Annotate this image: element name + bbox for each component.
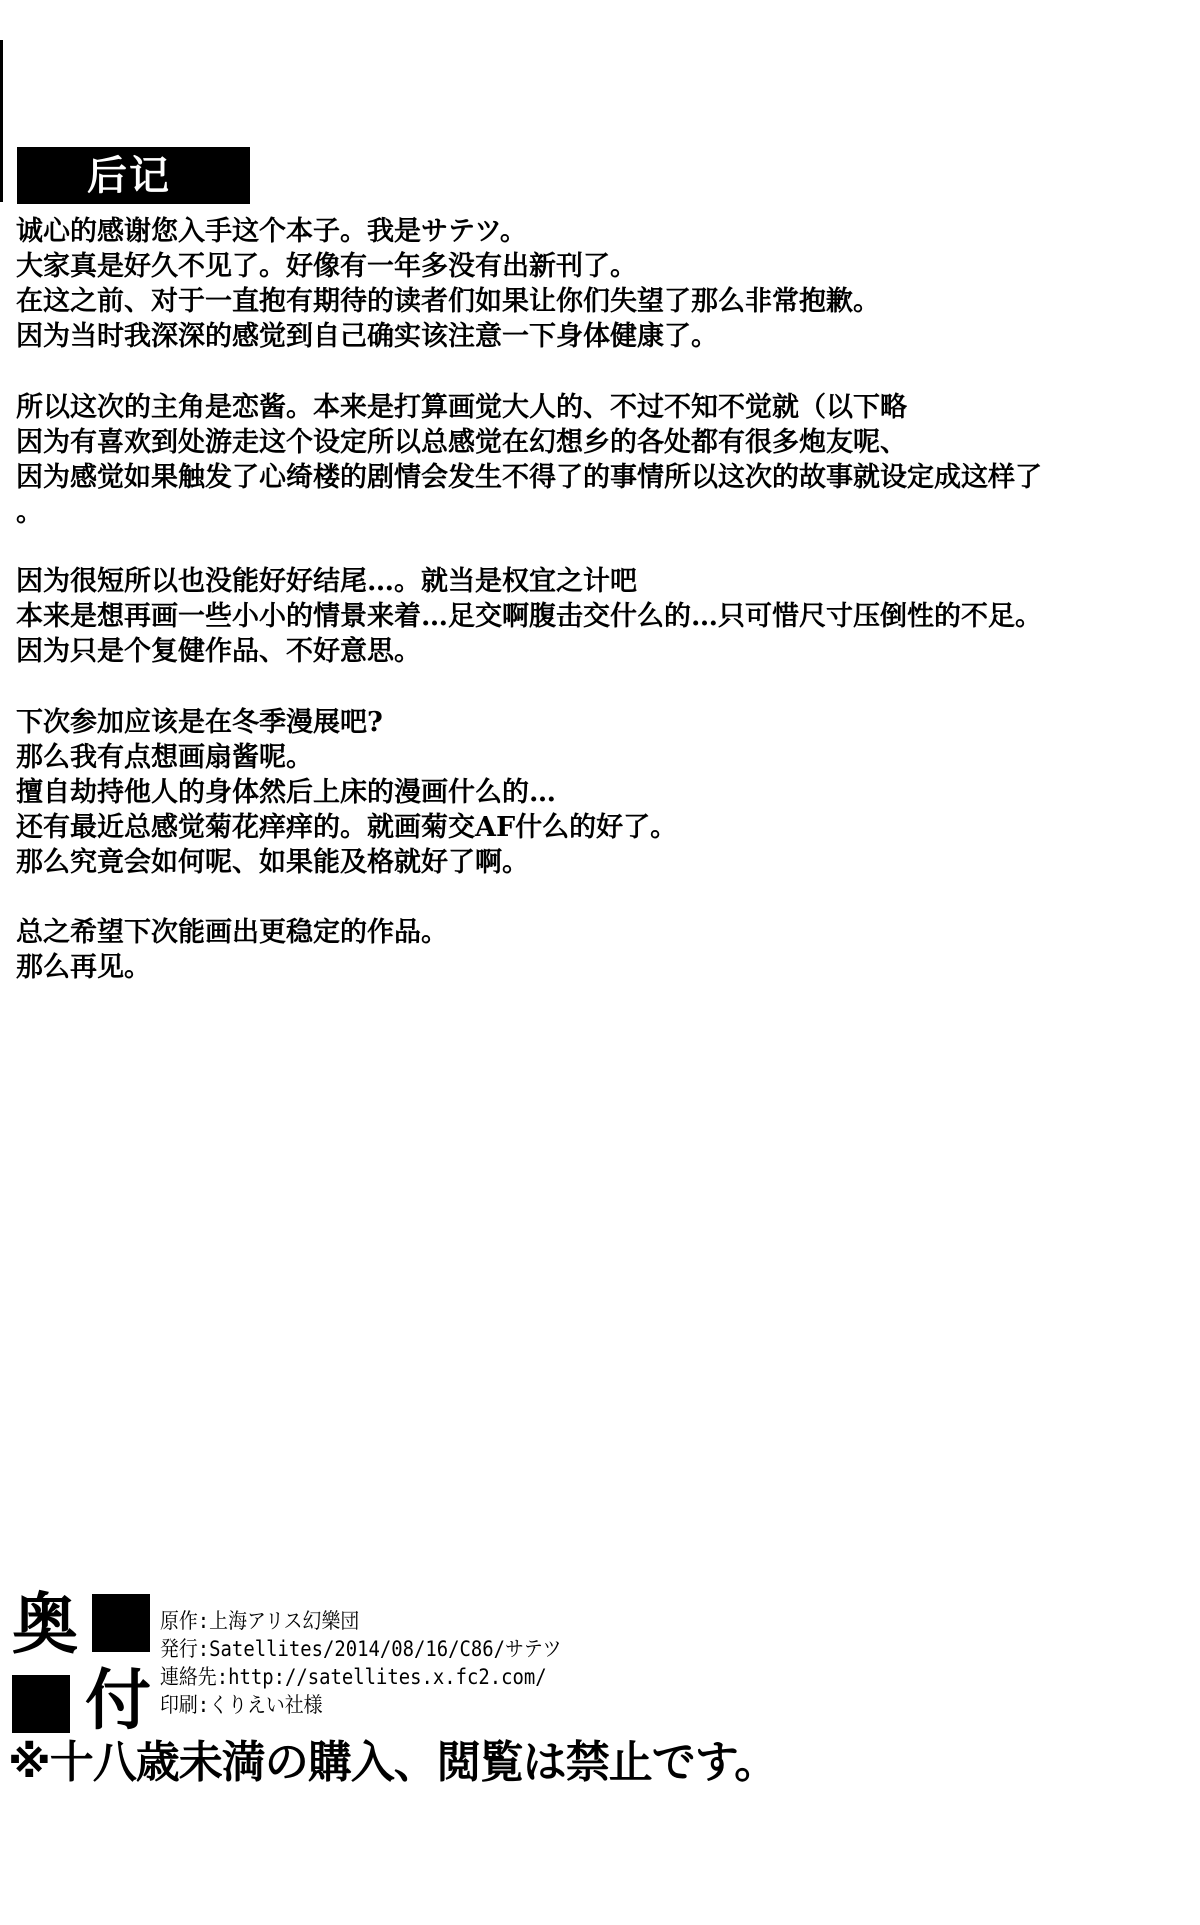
left-margin-rule — [0, 40, 3, 202]
colophon-contact: 連絡先:http://satellites.x.fc2.com/ — [160, 1663, 562, 1691]
text-line: 还有最近总感觉菊花痒痒的。就画菊交AF什么的好了。 — [16, 810, 677, 845]
colophon-publisher: 発行:Satellites/2014/08/16/C86/サテツ — [160, 1635, 562, 1663]
text-line: 那么我有点想画扇酱呢。 — [16, 740, 677, 775]
text-line: 大家真是好久不见了。好像有一年多没有出新刊了。 — [16, 249, 880, 284]
text-line: 在这之前、对于一直抱有期待的读者们如果让你们失望了那么非常抱歉。 — [16, 284, 880, 319]
section-title: 后记 — [17, 147, 250, 204]
text-line: 。 — [16, 495, 1042, 530]
colophon-char-tsuke: 付 — [85, 1668, 151, 1734]
text-line: 擅自劫持他人的身体然后上床的漫画什么的… — [16, 775, 677, 810]
text-line: 本来是想再画一些小小的情景来着…足交啊腹击交什么的…只可惜尺寸压倒性的不足。 — [16, 599, 1042, 634]
colophon-char-oku: 奥 — [12, 1592, 78, 1658]
text-line: 因为当时我深深的感觉到自己确实该注意一下身体健康了。 — [16, 319, 880, 354]
text-line: 下次参加应该是在冬季漫展吧? — [16, 705, 677, 740]
text-line: 总之希望下次能画出更稳定的作品。 — [16, 915, 448, 950]
colophon-printer: 印刷:くりえい社様 — [160, 1691, 562, 1719]
text-line: 因为感觉如果触发了心绮楼的剧情会发生不得了的事情所以这次的故事就设定成这样了 — [16, 460, 1042, 495]
colophon-original-work: 原作:上海アリス幻樂団 — [160, 1607, 562, 1635]
paragraph-2: 所以这次的主角是恋酱。本来是打算画觉大人的、不过不知不觉就（以下略 因为有喜欢到… — [16, 390, 1042, 530]
paragraph-1: 诚心的感谢您入手这个本子。我是サテツ。 大家真是好久不见了。好像有一年多没有出新… — [16, 214, 880, 354]
paragraph-3: 因为很短所以也没能好好结尾…。就当是权宜之计吧 本来是想再画一些小小的情景来着…… — [16, 564, 1042, 669]
paragraph-5: 总之希望下次能画出更稳定的作品。 那么再见。 — [16, 915, 448, 985]
age-restriction-warning: ※十八歳未満の購入、閲覧は禁止です。 — [8, 1738, 777, 1788]
colophon-details: 原作:上海アリス幻樂団 発行:Satellites/2014/08/16/C86… — [160, 1607, 562, 1719]
colophon-black-square — [12, 1675, 70, 1733]
colophon-black-square — [92, 1594, 150, 1652]
text-line: 诚心的感谢您入手这个本子。我是サテツ。 — [16, 214, 880, 249]
text-line: 因为有喜欢到处游走这个设定所以总感觉在幻想乡的各处都有很多炮友呢、 — [16, 425, 1042, 460]
paragraph-4: 下次参加应该是在冬季漫展吧? 那么我有点想画扇酱呢。 擅自劫持他人的身体然后上床… — [16, 705, 677, 880]
text-line: 那么究竟会如何呢、如果能及格就好了啊。 — [16, 845, 677, 880]
text-line: 那么再见。 — [16, 950, 448, 985]
text-line: 因为只是个复健作品、不好意思。 — [16, 634, 1042, 669]
text-line: 所以这次的主角是恋酱。本来是打算画觉大人的、不过不知不觉就（以下略 — [16, 390, 1042, 425]
section-title-text: 后记 — [87, 152, 171, 199]
text-line: 因为很短所以也没能好好结尾…。就当是权宜之计吧 — [16, 564, 1042, 599]
